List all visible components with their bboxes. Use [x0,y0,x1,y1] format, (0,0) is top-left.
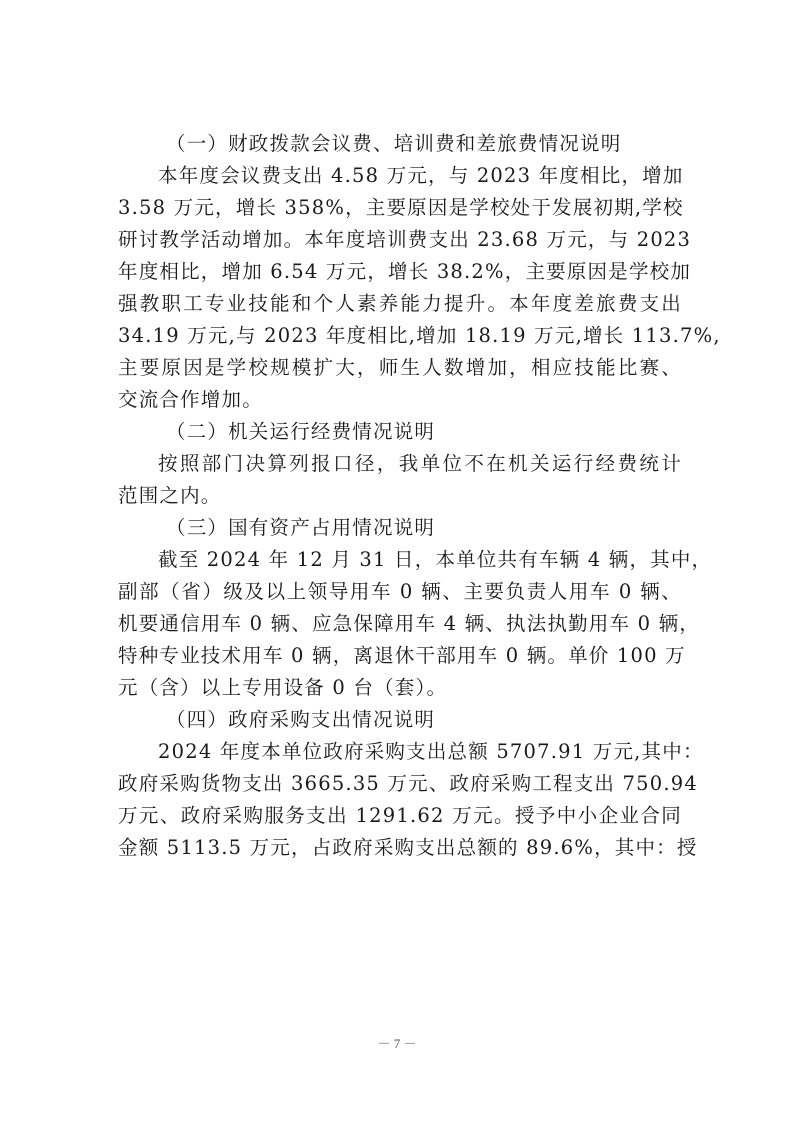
paragraph-line: 3.58 万元，增长 358%，主要原因是学校处于发展初期,学校 [118,192,682,224]
paragraph-line: 交流合作增加。 [118,384,682,416]
paragraph-line: 机要通信用车 0 辆、应急保障用车 4 辆、执法执勤用车 0 辆， [118,608,682,640]
section-heading-2: （二）机关运行经费情况说明 [118,416,682,448]
paragraph-line: 主要原因是学校规模扩大，师生人数增加，相应技能比赛、 [118,352,682,384]
paragraph-line: 金额 5113.5 万元，占政府采购支出总额的 89.6%，其中：授 [118,832,682,864]
paragraph-line: 34.19 万元,与 2023 年度相比,增加 18.19 万元,增长 113.… [118,320,682,352]
paragraph-line: 本年度会议费支出 4.58 万元，与 2023 年度相比，增加 [118,160,682,192]
paragraph-line: 副部（省）级及以上领导用车 0 辆、主要负责人用车 0 辆、 [118,576,682,608]
paragraph-line: 万元、政府采购服务支出 1291.62 万元。授予中小企业合同 [118,800,682,832]
paragraph-line: 范围之内。 [118,480,682,512]
paragraph-line: 政府采购货物支出 3665.35 万元、政府采购工程支出 750.94 [118,768,682,800]
section-heading-4: （四）政府采购支出情况说明 [118,704,682,736]
paragraph-line: 2024 年度本单位政府采购支出总额 5707.91 万元,其中： [118,736,682,768]
section-heading-3: （三）国有资产占用情况说明 [118,512,682,544]
section-heading-1: （一）财政拨款会议费、培训费和差旅费情况说明 [118,128,682,160]
paragraph-line: 特种专业技术用车 0 辆，离退休干部用车 0 辆。单价 100 万 [118,640,682,672]
paragraph-line: 截至 2024 年 12 月 31 日，本单位共有车辆 4 辆，其中， [118,544,682,576]
paragraph-line: 元（含）以上专用设备 0 台（套）。 [118,672,682,704]
page-number: － 7 － [0,1033,794,1052]
document-page: （一）财政拨款会议费、培训费和差旅费情况说明 本年度会议费支出 4.58 万元，… [0,0,794,1122]
paragraph-line: 按照部门决算列报口径，我单位不在机关运行经费统计 [118,448,682,480]
paragraph-line: 年度相比，增加 6.54 万元，增长 38.2%，主要原因是学校加 [118,256,682,288]
document-body: （一）财政拨款会议费、培训费和差旅费情况说明 本年度会议费支出 4.58 万元，… [118,128,682,864]
paragraph-line: 研讨教学活动增加。本年度培训费支出 23.68 万元，与 2023 [118,224,682,256]
paragraph-line: 强教职工专业技能和个人素养能力提升。本年度差旅费支出 [118,288,682,320]
